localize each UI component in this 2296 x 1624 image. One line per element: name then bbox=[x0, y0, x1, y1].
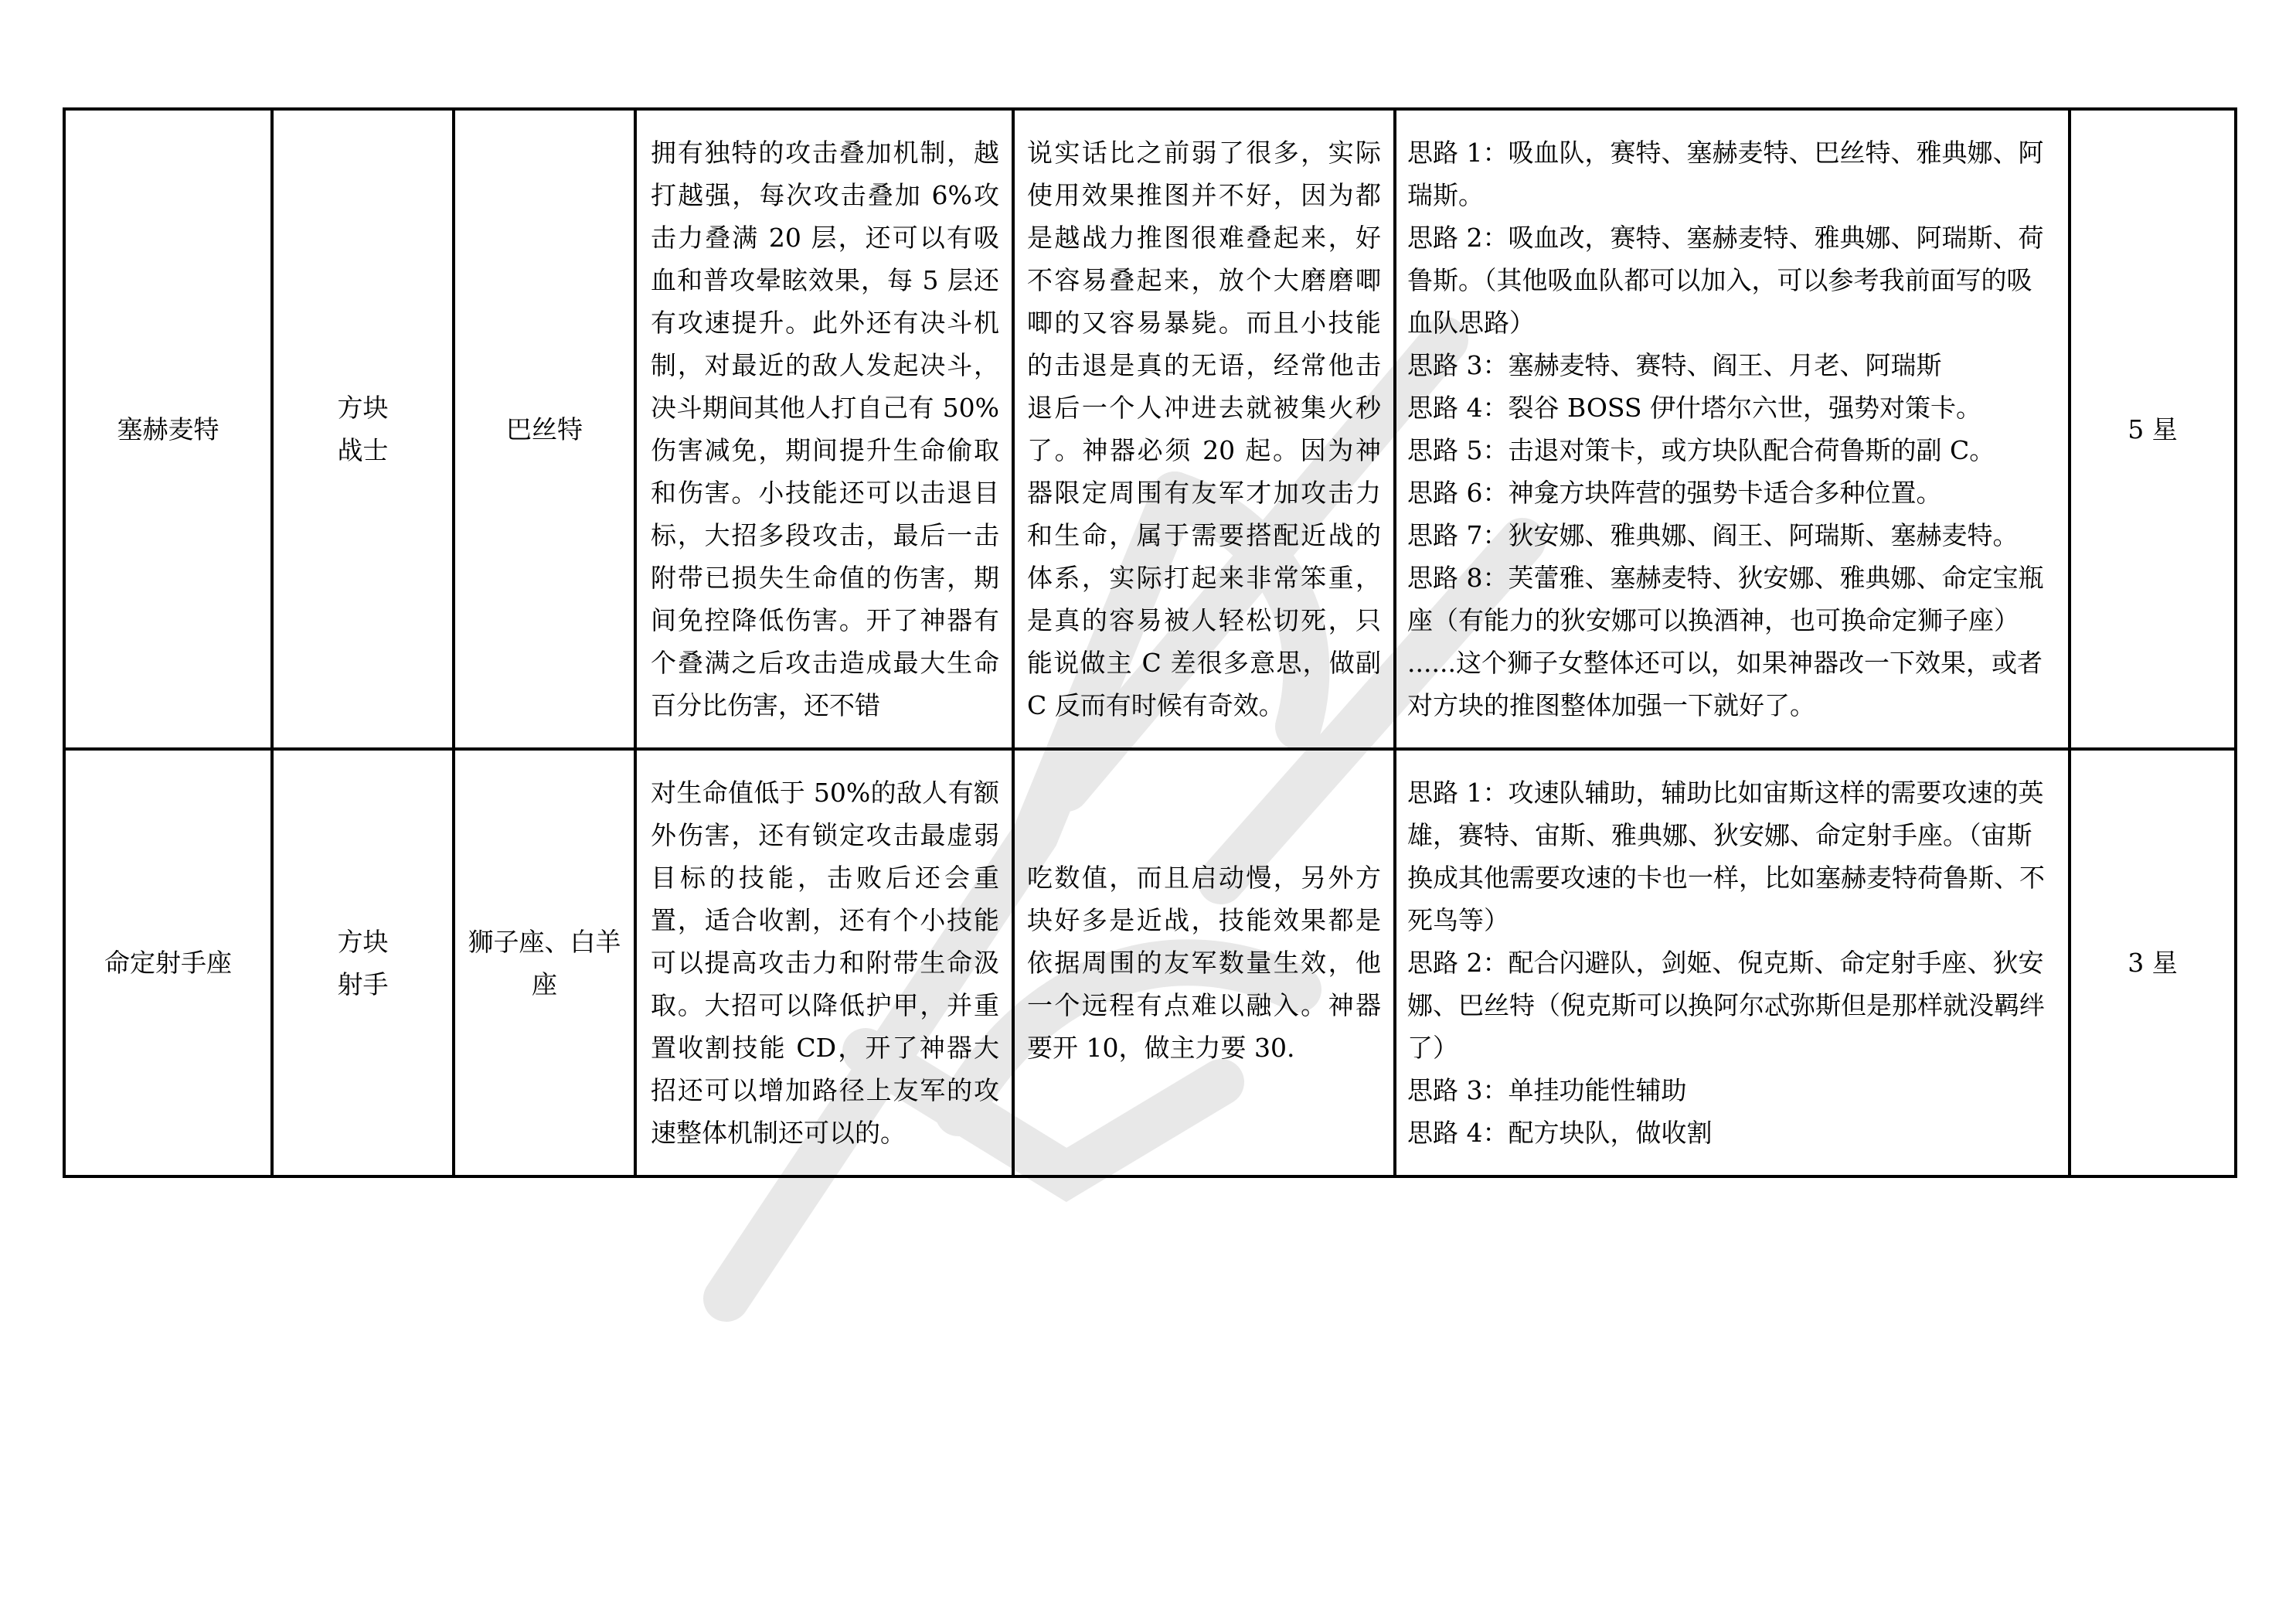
role-label: 战士 bbox=[274, 429, 452, 472]
lineup-item: 思路 8：芙蕾雅、塞赫麦特、狄安娜、雅典娜、命定宝瓶座（有能力的狄安娜可以换酒神… bbox=[1407, 557, 2057, 642]
skills-cell: 对生命值低于 50%的敌人有额外伤害，还有锁定攻击最虚弱目标的技能，击败后还会重… bbox=[635, 749, 1013, 1176]
synergy-text: 狮子座、白羊座 bbox=[455, 921, 634, 1006]
lineups-cell: 思路 1：攻速队辅助，辅助比如宙斯这样的需要攻速的英雄，赛特、宙斯、雅典娜、狄安… bbox=[1395, 749, 2070, 1176]
synergy-cell: 狮子座、白羊座 bbox=[454, 749, 635, 1176]
role-label: 射手 bbox=[274, 963, 452, 1006]
lineup-item: 思路 6：神龛方块阵营的强势卡适合多种位置。 bbox=[1407, 472, 2057, 514]
hero-name: 塞赫麦特 bbox=[66, 408, 270, 451]
lineup-note: ......这个狮子女整体还可以，如果神器改一下效果，或者对方块的推图整体加强一… bbox=[1407, 642, 2057, 727]
rating-cell: 3 星 bbox=[2070, 749, 2236, 1176]
review-text: 说实话比之前弱了很多，实际使用效果推图并不好，因为都是越战力推图很难叠起来，好不… bbox=[1015, 127, 1393, 731]
review-cell: 吃数值，而且启动慢，另外方块好多是近战，技能效果都是依据周围的友军数量生效，他一… bbox=[1013, 749, 1395, 1176]
lineup-list: 思路 1：吸血队，赛特、塞赫麦特、巴丝特、雅典娜、阿瑞斯。 思路 2：吸血改，赛… bbox=[1396, 128, 2068, 730]
camp-label: 方块 bbox=[274, 386, 452, 429]
synergy-cell: 巴丝特 bbox=[454, 109, 635, 749]
lineup-item: 思路 4：配方块队，做收割 bbox=[1407, 1112, 2057, 1154]
lineup-item: 思路 1：攻速队辅助，辅助比如宙斯这样的需要攻速的英雄，赛特、宙斯、雅典娜、狄安… bbox=[1407, 771, 2057, 941]
rating-text: 5 星 bbox=[2071, 408, 2234, 451]
review-text: 吃数值，而且启动慢，另外方块好多是近战，技能效果都是依据周围的友军数量生效，他一… bbox=[1015, 852, 1393, 1074]
rating-text: 3 星 bbox=[2071, 941, 2234, 984]
document-page: 塞赫麦特 方块 战士 巴丝特 拥有独特的攻击叠加机制，越打越强，每次攻击叠加 6… bbox=[0, 0, 2296, 1624]
camp-label: 方块 bbox=[274, 921, 452, 963]
hero-name: 命定射手座 bbox=[66, 941, 270, 984]
lineup-item: 思路 3：塞赫麦特、赛特、阎王、月老、阿瑞斯 bbox=[1407, 344, 2057, 386]
skills-text: 拥有独特的攻击叠加机制，越打越强，每次攻击叠加 6%攻击力叠满 20 层，还可以… bbox=[637, 127, 1012, 731]
lineup-item: 思路 7：狄安娜、雅典娜、阎王、阿瑞斯、塞赫麦特。 bbox=[1407, 514, 2057, 557]
review-cell: 说实话比之前弱了很多，实际使用效果推图并不好，因为都是越战力推图很难叠起来，好不… bbox=[1013, 109, 1395, 749]
lineup-item: 思路 2：配合闪避队，剑姬、倪克斯、命定射手座、狄安娜、巴丝特（倪克斯可以换阿尔… bbox=[1407, 941, 2057, 1069]
table-row: 命定射手座 方块 射手 狮子座、白羊座 对生命值低于 50%的敌人有额外伤害，还… bbox=[64, 749, 2236, 1176]
hero-name-cell: 命定射手座 bbox=[64, 749, 272, 1176]
skills-text: 对生命值低于 50%的敌人有额外伤害，还有锁定攻击最虚弱目标的技能，击败后还会重… bbox=[637, 767, 1012, 1159]
lineup-item: 思路 2：吸血改，赛特、塞赫麦特、雅典娜、阿瑞斯、荷鲁斯。（其他吸血队都可以加入… bbox=[1407, 216, 2057, 344]
hero-name-cell: 塞赫麦特 bbox=[64, 109, 272, 749]
table-row: 塞赫麦特 方块 战士 巴丝特 拥有独特的攻击叠加机制，越打越强，每次攻击叠加 6… bbox=[64, 109, 2236, 749]
lineup-item: 思路 5：击退对策卡，或方块队配合荷鲁斯的副 C。 bbox=[1407, 429, 2057, 472]
skills-cell: 拥有独特的攻击叠加机制，越打越强，每次攻击叠加 6%攻击力叠满 20 层，还可以… bbox=[635, 109, 1013, 749]
lineup-item: 思路 1：吸血队，赛特、塞赫麦特、巴丝特、雅典娜、阿瑞斯。 bbox=[1407, 131, 2057, 216]
rating-cell: 5 星 bbox=[2070, 109, 2236, 749]
camp-role-cell: 方块 战士 bbox=[272, 109, 454, 749]
lineup-list: 思路 1：攻速队辅助，辅助比如宙斯这样的需要攻速的英雄，赛特、宙斯、雅典娜、狄安… bbox=[1396, 768, 2068, 1157]
lineup-item: 思路 3：单挂功能性辅助 bbox=[1407, 1069, 2057, 1112]
synergy-text: 巴丝特 bbox=[455, 408, 634, 451]
hero-review-table: 塞赫麦特 方块 战士 巴丝特 拥有独特的攻击叠加机制，越打越强，每次攻击叠加 6… bbox=[63, 107, 2237, 1178]
lineup-item: 思路 4：裂谷 BOSS 伊什塔尔六世，强势对策卡。 bbox=[1407, 386, 2057, 429]
camp-role-cell: 方块 射手 bbox=[272, 749, 454, 1176]
lineups-cell: 思路 1：吸血队，赛特、塞赫麦特、巴丝特、雅典娜、阿瑞斯。 思路 2：吸血改，赛… bbox=[1395, 109, 2070, 749]
